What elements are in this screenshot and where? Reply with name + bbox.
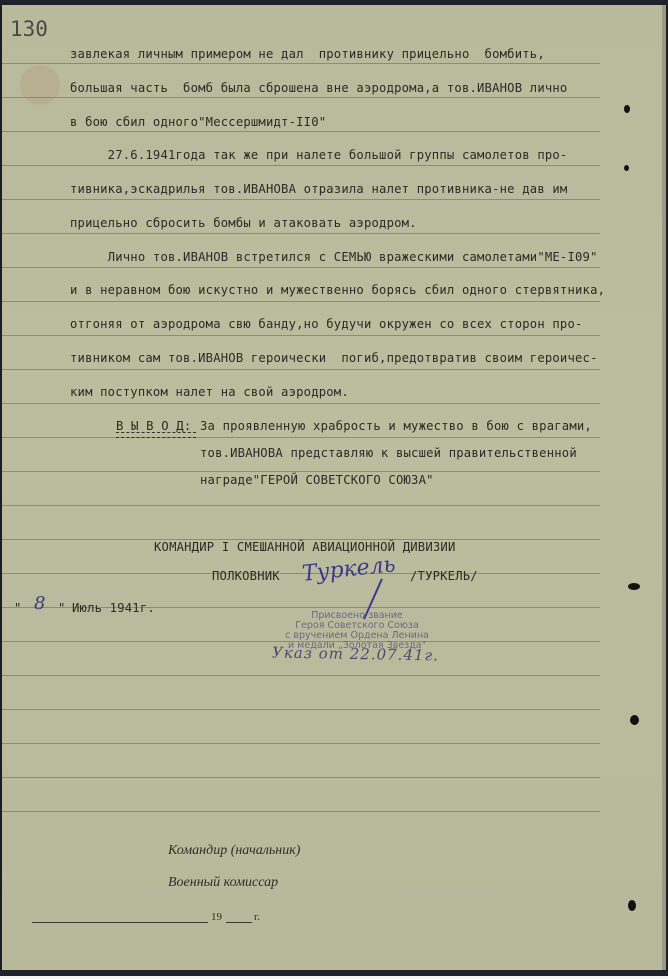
ruled-line (2, 777, 600, 778)
ink-blot (628, 900, 636, 911)
date-close-quote: " (58, 601, 66, 615)
ruled-line (2, 63, 600, 64)
paper-stain (20, 65, 60, 105)
body-line-7: Лично тов.ИВАНОВ встретился с СЕМЬЮ враж… (70, 250, 598, 264)
ruled-line (2, 199, 600, 200)
ruled-line (2, 301, 600, 302)
ruled-line (2, 165, 600, 166)
commissar-label: Военный комиссар (168, 875, 278, 891)
ruled-line (2, 743, 600, 744)
ruled-line (2, 505, 600, 506)
scan-border-bottom (0, 970, 668, 979)
body-line-10: тивником сам тов.ИВАНОВ героически погиб… (70, 351, 598, 365)
ruled-line (2, 403, 600, 404)
signatory-rank: ПОЛКОВНИК (212, 569, 280, 583)
body-line-6: прицельно сбросить бомбы и атаковать аэр… (70, 216, 417, 230)
ink-blot (628, 583, 640, 590)
body-line-9: отгоняя от аэродрома свю банду,но будучи… (70, 317, 583, 331)
body-line-1: завлекая личным примером не дал противни… (70, 47, 545, 61)
handwritten-signature: Туркель (301, 552, 397, 587)
date-open-quote: " (14, 601, 22, 615)
ink-blot (624, 105, 630, 113)
body-line-11: ким поступком налет на свой аэродром. (70, 385, 349, 399)
date-day: 8 (34, 593, 45, 614)
year-blank-line (226, 922, 252, 923)
decree-note: Указ от 22.07.41г. (272, 644, 439, 665)
signatory-title: КОМАНДИР I СМЕШАННОЙ АВИАЦИОННОЙ ДИВИЗИИ (154, 540, 456, 554)
year-prefix: 19 (211, 911, 222, 923)
date-blank-line (32, 922, 208, 923)
ruled-line (2, 369, 600, 370)
ruled-line (2, 675, 600, 676)
signatory-name: /ТУРКЕЛЬ/ (410, 569, 478, 583)
body-line-4: 27.6.1941года так же при налете большой … (70, 148, 567, 162)
ruled-line (2, 97, 600, 98)
ink-blot (624, 165, 629, 171)
ruled-line (2, 267, 600, 268)
ruled-line (2, 437, 600, 438)
conclusion-line-3: награде"ГЕРОЙ СОВЕТСКОГО СОЮЗА" (200, 473, 434, 487)
conclusion-line-1: За проявленную храбрость и мужество в бо… (200, 419, 592, 433)
ruled-line (2, 709, 600, 710)
body-line-8: и в неравном бою искустно и мужественно … (70, 283, 605, 297)
date-month-year: Июль 1941г. (72, 601, 155, 615)
ruled-line (2, 573, 600, 574)
year-suffix: г. (254, 911, 260, 923)
conclusion-line-2: тов.ИВАНОВА представляю к высшей правите… (200, 446, 577, 460)
ruled-line (2, 811, 600, 812)
conclusion-label: В Ы В О Д: (116, 419, 191, 433)
body-line-2: большая часть бомб была сброшена вне аэр… (70, 81, 567, 95)
award-sheet-page: 130 завлекая личным примером не дал прот… (2, 5, 666, 972)
body-line-5: тивника,эскадрилья тов.ИВАНОВА отразила … (70, 182, 567, 196)
ruled-line (2, 131, 600, 132)
page-number: 130 (10, 17, 48, 41)
ruled-line (2, 471, 600, 472)
body-line-3: в бою сбил одного"Мессершмидт-II0" (70, 115, 326, 129)
ruled-line (2, 335, 600, 336)
conclusion-double-underline (116, 432, 196, 438)
ink-blot (630, 715, 639, 725)
ruled-line (2, 233, 600, 234)
commander-label: Командир (начальник) (168, 843, 300, 859)
